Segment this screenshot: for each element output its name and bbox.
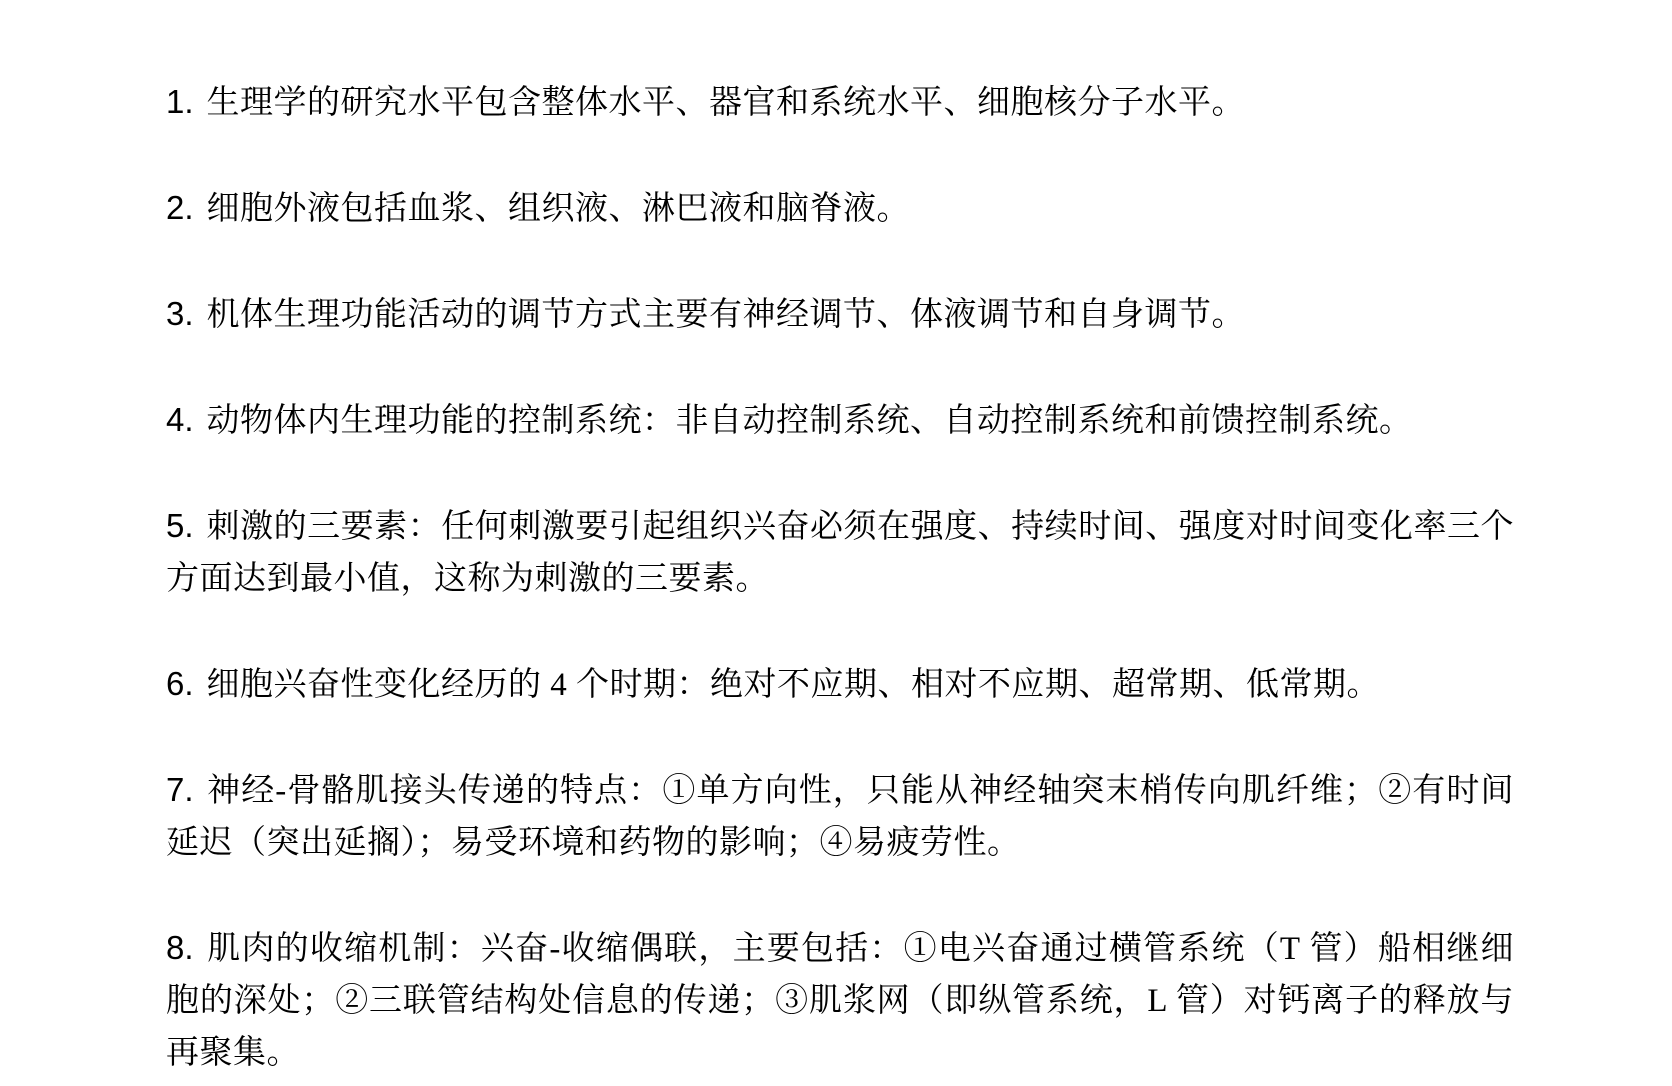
item-number: 4.: [166, 401, 207, 438]
item-text: 细胞兴奋性变化经历的 4 个时期：绝对不应期、相对不应期、超常期、低常期。: [207, 667, 1381, 703]
note-item-7: 7.神经-骨骼肌接头传递的特点：①单方向性，只能从神经轴突末梢传向肌纤维；②有时…: [166, 764, 1514, 869]
note-item-6: 6.细胞兴奋性变化经历的 4 个时期：绝对不应期、相对不应期、超常期、低常期。: [166, 658, 1514, 711]
item-text: 机体生理功能活动的调节方式主要有神经调节、体液调节和自身调节。: [207, 297, 1246, 333]
item-text: 动物体内生理功能的控制系统：非自动控制系统、自动控制系统和前馈控制系统。: [207, 403, 1413, 439]
item-text: 刺激的三要素：任何刺激要引起组织兴奋必须在强度、持续时间、强度对时间变化率三个方…: [166, 509, 1514, 597]
note-item-4: 4.动物体内生理功能的控制系统：非自动控制系统、自动控制系统和前馈控制系统。: [166, 394, 1514, 447]
note-item-3: 3.机体生理功能活动的调节方式主要有神经调节、体液调节和自身调节。: [166, 288, 1514, 341]
item-number: 5.: [166, 507, 207, 544]
note-item-2: 2.细胞外液包括血浆、组织液、淋巴液和脑脊液。: [166, 182, 1514, 235]
item-number: 7.: [166, 771, 207, 808]
item-number: 3.: [166, 295, 207, 332]
item-number: 8.: [166, 929, 207, 966]
item-text: 肌肉的收缩机制：兴奋-收缩偶联，主要包括：①电兴奋通过横管系统（T 管）船相继细…: [166, 931, 1514, 1071]
item-number: 2.: [166, 189, 207, 226]
note-item-5: 5.刺激的三要素：任何刺激要引起组织兴奋必须在强度、持续时间、强度对时间变化率三…: [166, 500, 1514, 605]
notes-list: 1.生理学的研究水平包含整体水平、器官和系统水平、细胞核分子水平。 2.细胞外液…: [166, 76, 1514, 1079]
note-item-1: 1.生理学的研究水平包含整体水平、器官和系统水平、细胞核分子水平。: [166, 76, 1514, 129]
item-text: 细胞外液包括血浆、组织液、淋巴液和脑脊液。: [207, 191, 911, 227]
item-text: 生理学的研究水平包含整体水平、器官和系统水平、细胞核分子水平。: [207, 85, 1246, 121]
note-item-8: 8.肌肉的收缩机制：兴奋-收缩偶联，主要包括：①电兴奋通过横管系统（T 管）船相…: [166, 922, 1514, 1079]
item-text: 神经-骨骼肌接头传递的特点：①单方向性，只能从神经轴突末梢传向肌纤维；②有时间延…: [166, 773, 1514, 861]
item-number: 1.: [166, 83, 207, 120]
document-page: 1.生理学的研究水平包含整体水平、器官和系统水平、细胞核分子水平。 2.细胞外液…: [0, 0, 1672, 1086]
item-number: 6.: [166, 665, 207, 702]
